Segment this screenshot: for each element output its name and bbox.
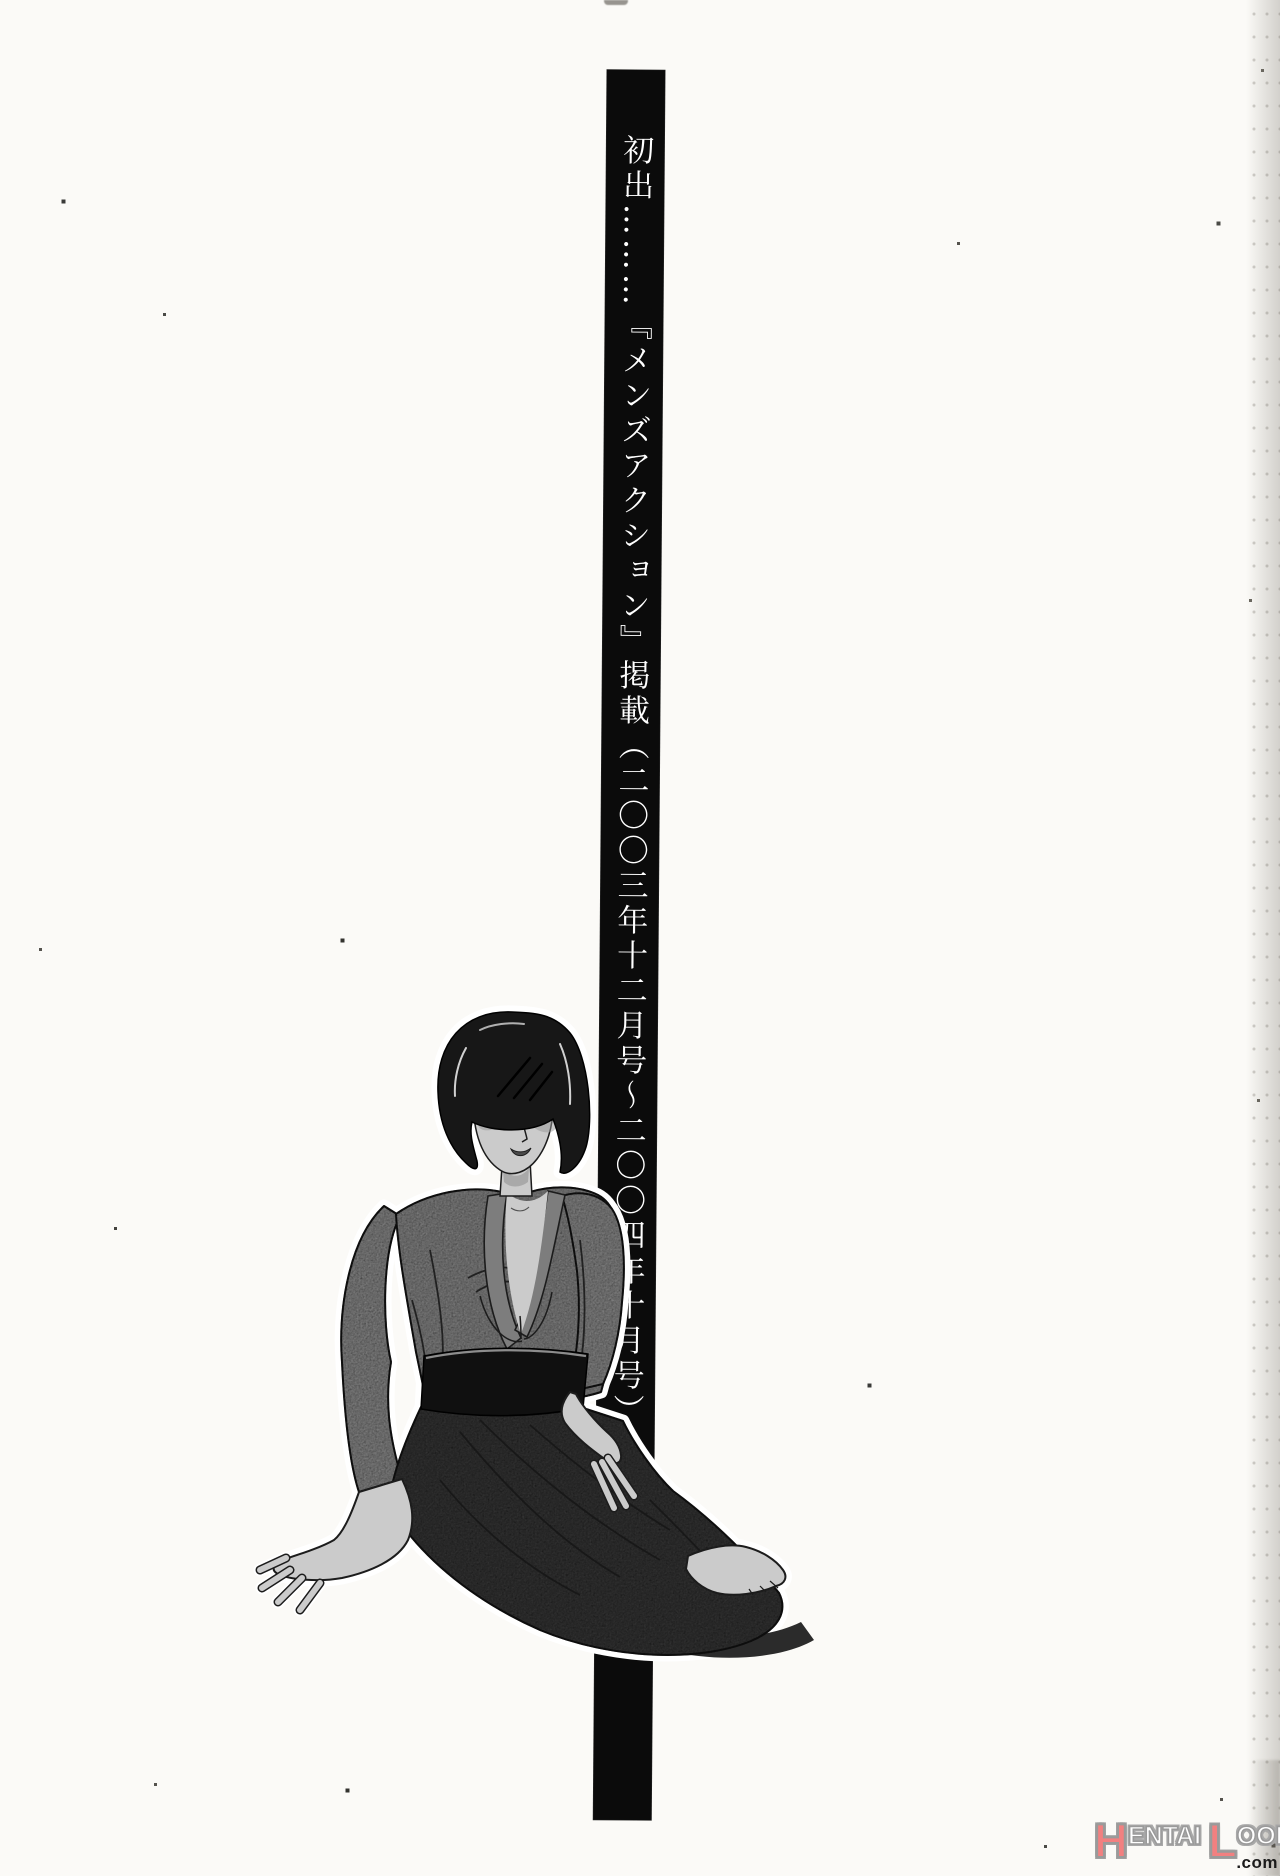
- watermark-letter-l: L: [1208, 1817, 1237, 1864]
- watermark-tld: .com: [1236, 1854, 1278, 1871]
- scan-top-smudge: [604, 0, 628, 5]
- watermark-letter-h: H: [1094, 1817, 1128, 1864]
- manga-page: 初出………『メンズアクション』掲載（二〇〇三年十二月号〜二〇〇四年十月号）: [0, 0, 1280, 1876]
- scan-specks: [0, 0, 1, 1]
- watermark-logo: H ENTAI L OOP .com: [1094, 1817, 1278, 1871]
- scan-noise-band: [1246, 0, 1280, 1876]
- kimono-woman-illustration: [230, 1000, 830, 1690]
- watermark-text-entai: ENTAI: [1128, 1824, 1201, 1849]
- watermark-text-oop: OOP: [1237, 1824, 1280, 1849]
